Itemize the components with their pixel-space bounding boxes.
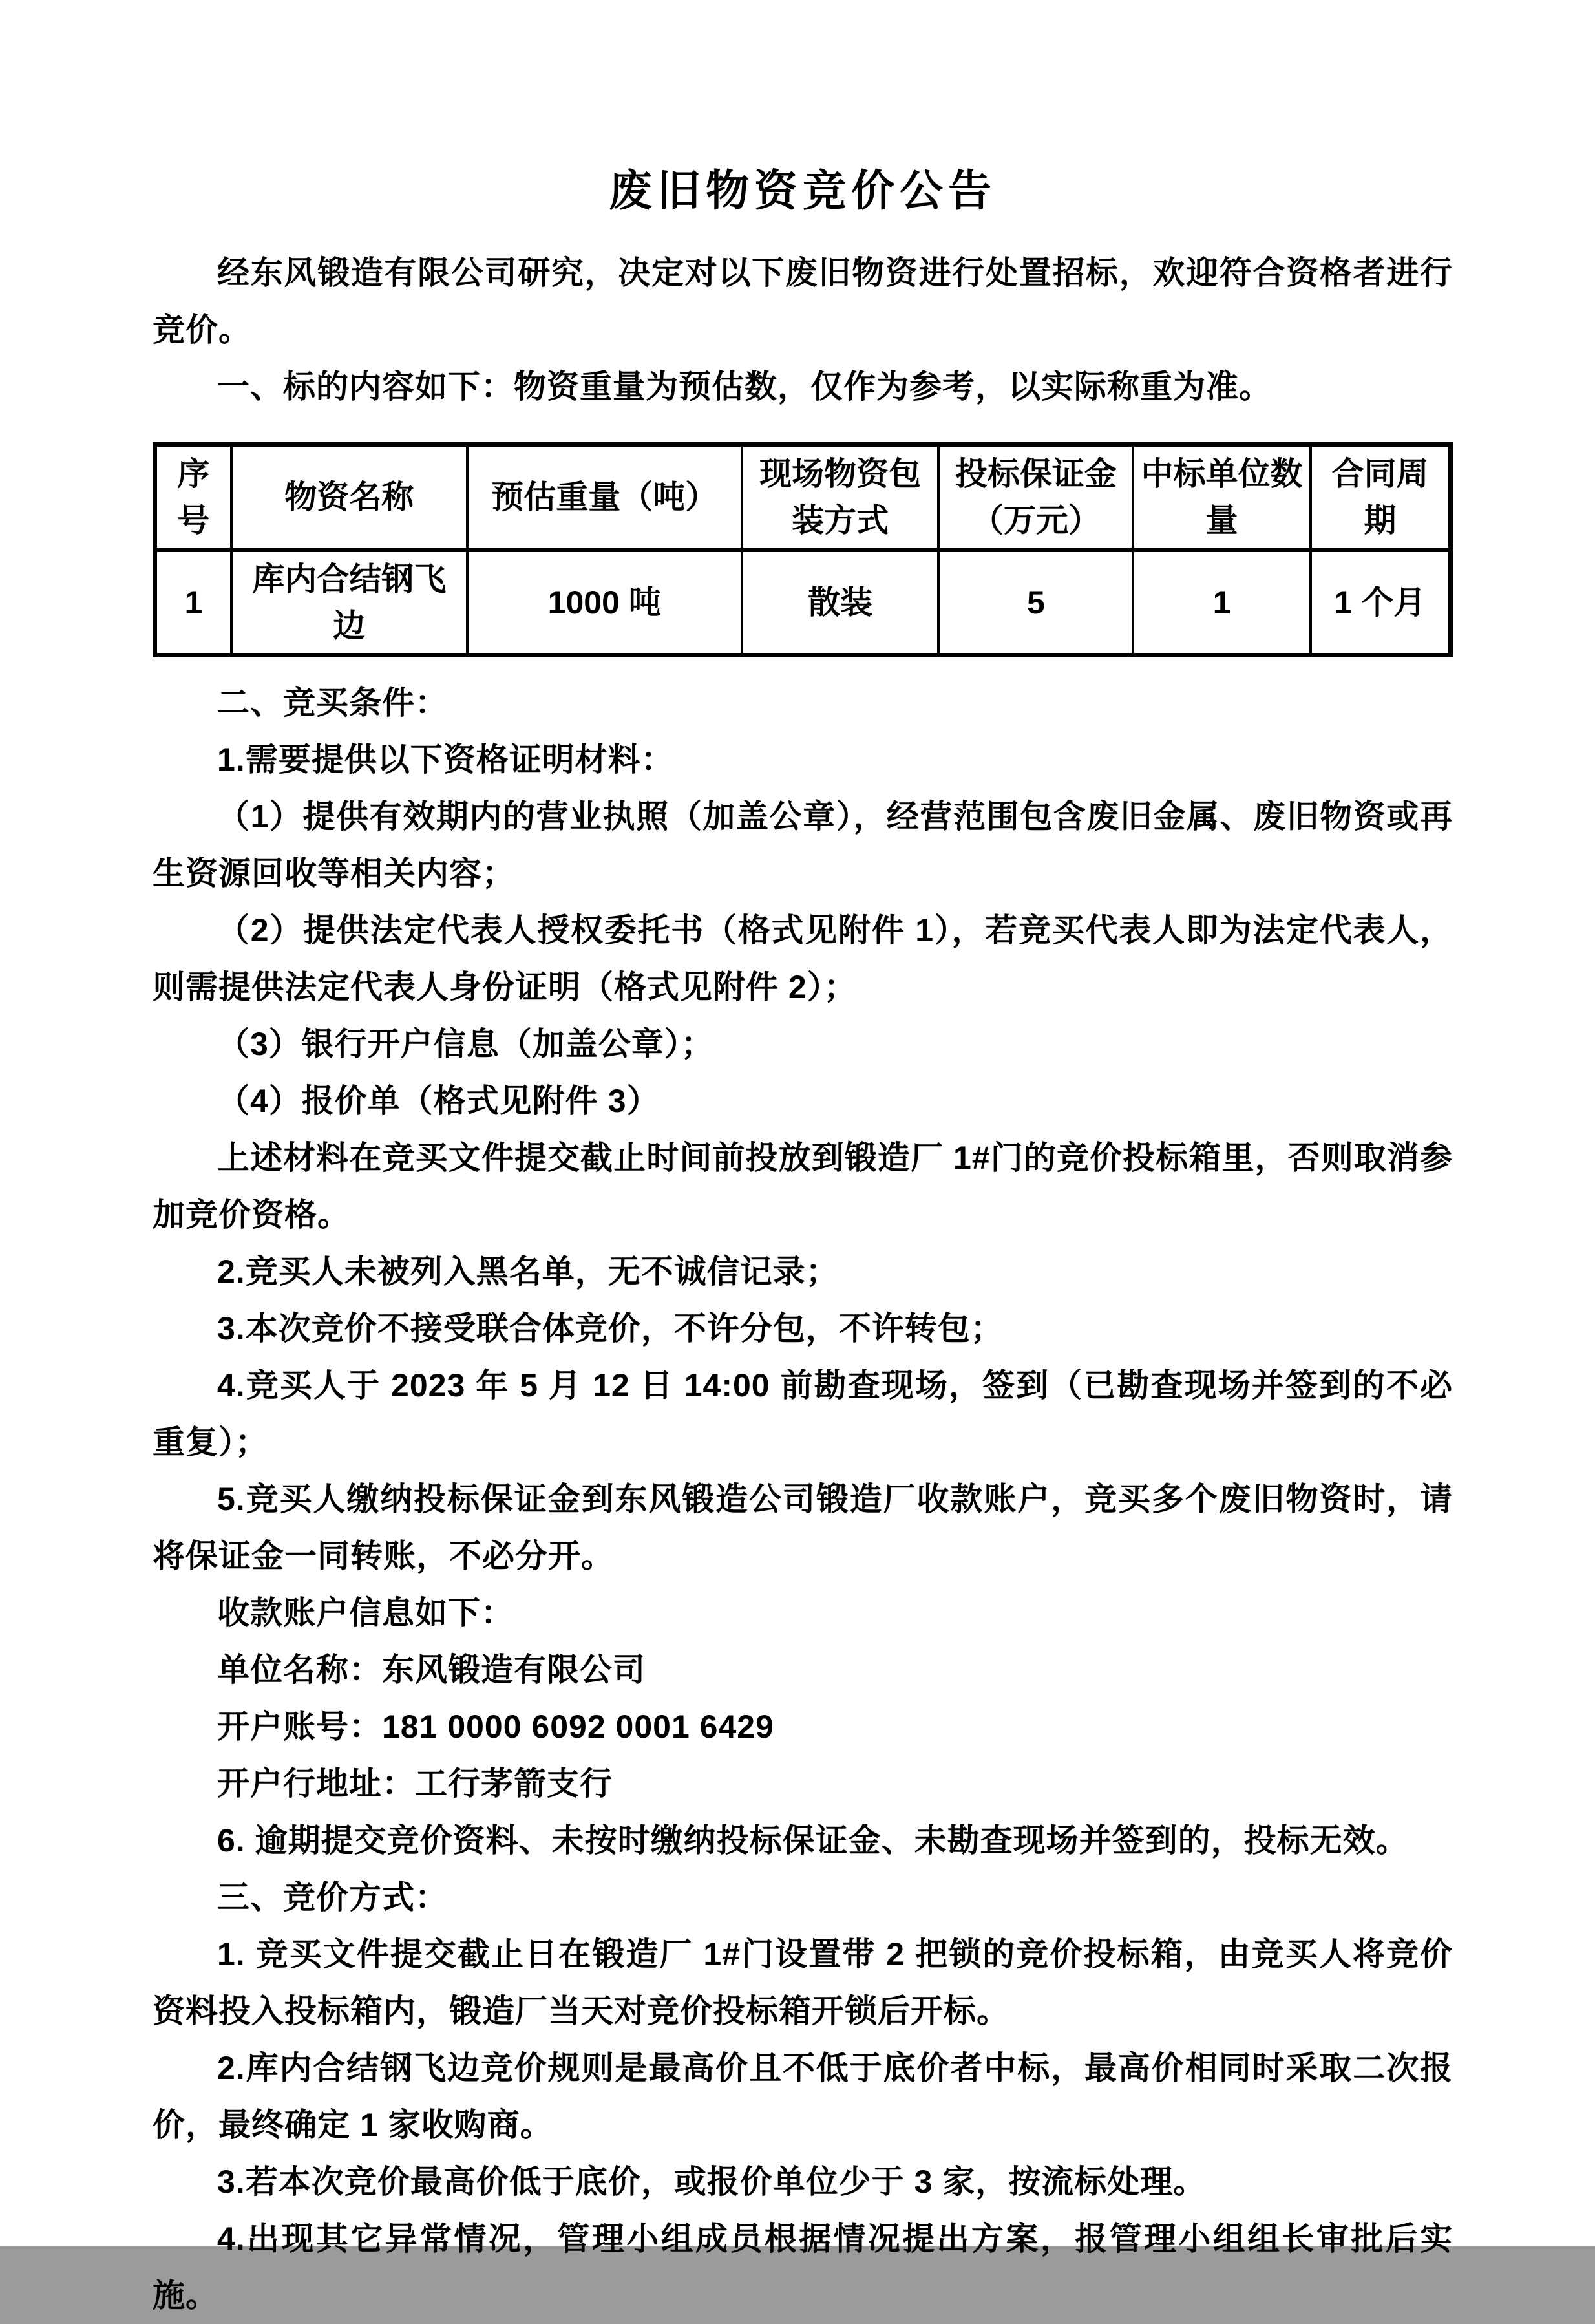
cell-packaging: 散装 <box>742 550 939 656</box>
account-company-name: 单位名称：东风锻造有限公司 <box>153 1641 1453 1698</box>
section-two-heading: 二、竞买条件： <box>153 674 1453 731</box>
cell-seq-no: 1 <box>155 550 231 656</box>
condition-item-5: 5.竞买人缴纳投标保证金到东风锻造公司锻造厂收款账户，竞买多个废旧物资时，请将保… <box>153 1471 1453 1584</box>
header-bid-deposit: 投标保证金（万元） <box>938 445 1133 550</box>
condition-item-1: 1.需要提供以下资格证明材料： <box>153 731 1453 788</box>
condition-item-4: 4.竞买人于 2023 年 5 月 12 日 14:00 前勘查现场，签到（已勘… <box>153 1357 1453 1471</box>
header-packaging: 现场物资包装方式 <box>742 445 939 550</box>
condition-item-1-3: （3）银行开户信息（加盖公章）； <box>153 1016 1453 1072</box>
section-one-heading: 一、标的内容如下：物资重量为预估数，仅作为参考，以实际称重为准。 <box>153 358 1453 415</box>
cell-contract-period: 1 个月 <box>1311 550 1451 656</box>
condition-item-3: 3.本次竞价不接受联合体竞价，不许分包，不许转包； <box>153 1300 1453 1357</box>
cell-material-name: 库内合结钢飞边 <box>231 550 467 656</box>
cell-winner-count: 1 <box>1133 550 1311 656</box>
condition-materials-note: 上述材料在竞买文件提交截止时间前投放到锻造厂 1#门的竞价投标箱里，否则取消参加… <box>153 1129 1453 1243</box>
intro-paragraph: 经东风锻造有限公司研究，决定对以下废旧物资进行处置招标，欢迎符合资格者进行竞价。 <box>153 244 1453 358</box>
materials-table: 序号 物资名称 预估重量（吨） 现场物资包装方式 投标保证金（万元） 中标单位数… <box>153 442 1453 657</box>
header-material-name: 物资名称 <box>231 445 467 550</box>
account-number: 开户账号：181 0000 6092 0001 6429 <box>153 1698 1453 1755</box>
condition-item-1-2: （2）提供法定代表人授权委托书（格式见附件 1），若竞买代表人即为法定代表人，则… <box>153 902 1453 1016</box>
method-item-3: 3.若本次竞价最高价低于底价，或报价单位少于 3 家，按流标处理。 <box>153 2153 1453 2210</box>
method-item-4: 4.出现其它异常情况，管理小组成员根据情况提出方案，报管理小组组长审批后实施。 <box>153 2210 1453 2324</box>
account-info-intro: 收款账户信息如下： <box>153 1584 1453 1641</box>
header-estimated-weight: 预估重量（吨） <box>467 445 742 550</box>
header-contract-period: 合同周期 <box>1311 445 1451 550</box>
condition-item-1-1: （1）提供有效期内的营业执照（加盖公章），经营范围包含废旧金属、废旧物资或再生资… <box>153 788 1453 902</box>
method-item-1: 1. 竞买文件提交截止日在锻造厂 1#门设置带 2 把锁的竞价投标箱，由竞买人将… <box>153 1926 1453 2040</box>
account-bank-address: 开户行地址：工行茅箭支行 <box>153 1755 1453 1812</box>
table-header-row: 序号 物资名称 预估重量（吨） 现场物资包装方式 投标保证金（万元） 中标单位数… <box>155 445 1451 550</box>
method-item-2: 2.库内合结钢飞边竞价规则是最高价且不低于底价者中标，最高价相同时采取二次报价，… <box>153 2040 1453 2153</box>
table-row: 1 库内合结钢飞边 1000 吨 散装 5 1 1 个月 <box>155 550 1451 656</box>
condition-item-6: 6. 逾期提交竞价资料、未按时缴纳投标保证金、未勘查现场并签到的，投标无效。 <box>153 1812 1453 1869</box>
document-page: 废旧物资竞价公告 经东风锻造有限公司研究，决定对以下废旧物资进行处置招标，欢迎符… <box>0 0 1595 2246</box>
cell-estimated-weight: 1000 吨 <box>467 550 742 656</box>
document-title: 废旧物资竞价公告 <box>153 156 1453 219</box>
header-seq-no: 序号 <box>155 445 231 550</box>
cell-bid-deposit: 5 <box>938 550 1133 656</box>
condition-item-2: 2.竞买人未被列入黑名单，无不诚信记录； <box>153 1243 1453 1300</box>
header-winner-count: 中标单位数量 <box>1133 445 1311 550</box>
section-three-heading: 三、竞价方式： <box>153 1869 1453 1926</box>
condition-item-1-4: （4）报价单（格式见附件 3） <box>153 1072 1453 1129</box>
